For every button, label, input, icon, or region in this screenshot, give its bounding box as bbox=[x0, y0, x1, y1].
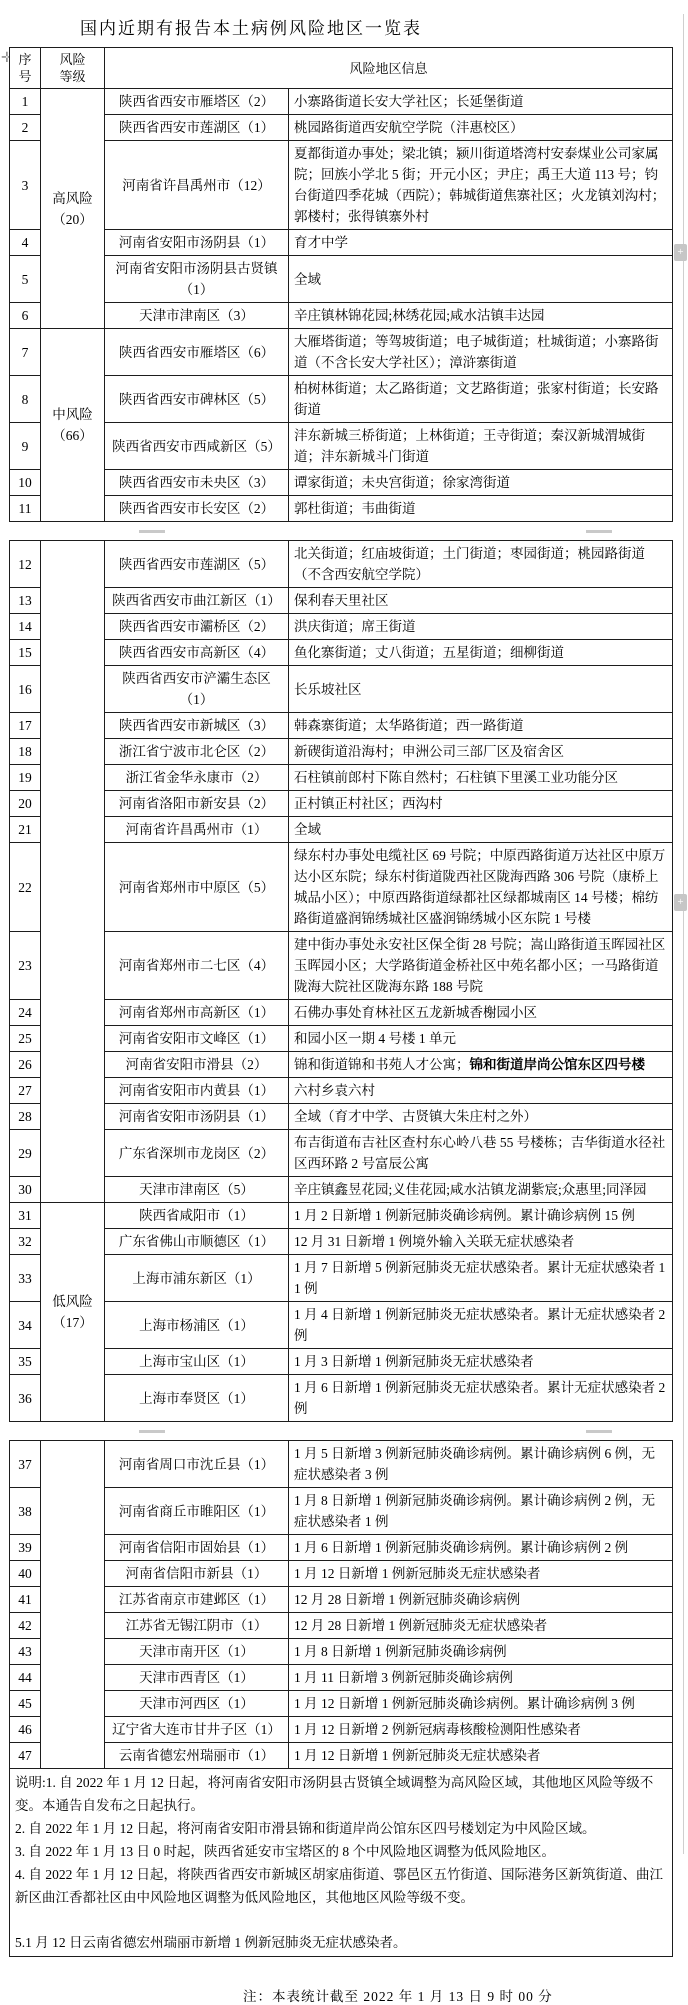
info-cell: 谭家街道；未央宫街道；徐家湾街道 bbox=[289, 470, 673, 496]
note-line: 3. 自 2022 年 1 月 13 日 0 时起，陕西省延安市宝塔区的 8 个… bbox=[15, 1840, 667, 1863]
row-number-cell: 32 bbox=[10, 1229, 41, 1255]
table-row: 35上海市宝山区（1）1 月 3 日新增 1 例新冠肺炎无症状感染者 bbox=[10, 1349, 673, 1375]
col-header-no: 序 号 bbox=[10, 48, 41, 89]
region-cell: 广东省佛山市顺德区（1） bbox=[105, 1229, 289, 1255]
table-row: 45天津市河西区（1）1 月 12 日新增 1 例新冠肺炎确诊病例。累计确诊病例… bbox=[10, 1691, 673, 1717]
table-row: 31低风险 （17）陕西省咸阳市（1）1 月 2 日新增 1 例新冠肺炎确诊病例… bbox=[10, 1203, 673, 1229]
row-number-cell: 26 bbox=[10, 1052, 41, 1078]
row-number-cell: 20 bbox=[10, 791, 41, 817]
region-cell: 天津市津南区（5） bbox=[105, 1177, 289, 1203]
table-row: 26河南省安阳市滑县（2）锦和街道锦和书苑人才公寓；锦和街道岸尚公馆东区四号楼 bbox=[10, 1052, 673, 1078]
table-row: 8陕西省西安市碑林区（5）柏树林街道；太乙路街道；文艺路街道；张家村街道；长安路… bbox=[10, 376, 673, 423]
page-break-gap bbox=[9, 1422, 672, 1440]
row-number-cell: 24 bbox=[10, 1000, 41, 1026]
region-cell: 天津市南开区（1） bbox=[105, 1639, 289, 1665]
row-number-cell: 36 bbox=[10, 1375, 41, 1422]
page-break-gap bbox=[9, 522, 672, 540]
row-number-cell: 27 bbox=[10, 1078, 41, 1104]
info-cell: 韩森寨街道；太华路街道；西一路街道 bbox=[289, 713, 673, 739]
info-cell: 辛庄镇林锦花园;林绣花园;咸水沽镇丰达园 bbox=[289, 303, 673, 329]
table-row: 10陕西省西安市未央区（3）谭家街道；未央宫街道；徐家湾街道 bbox=[10, 470, 673, 496]
table-row: 25河南省安阳市文峰区（1）和园小区一期 4 号楼 1 单元 bbox=[10, 1026, 673, 1052]
page-title: 国内近期有报告本土病例风险地区一览表 bbox=[80, 14, 688, 39]
row-number-cell: 17 bbox=[10, 713, 41, 739]
info-cell: 夏都街道办事处；梁北镇；颍川街道塔湾村安泰煤业公司家属院；回族小学北 5 街；开… bbox=[289, 141, 673, 230]
table-row: 27河南省安阳市内黄县（1）六村乡袁六村 bbox=[10, 1078, 673, 1104]
row-number-cell: 14 bbox=[10, 614, 41, 640]
row-number-cell: 30 bbox=[10, 1177, 41, 1203]
region-cell: 陕西省咸阳市（1） bbox=[105, 1203, 289, 1229]
risk-level-cell bbox=[41, 1441, 105, 1769]
row-number-cell: 22 bbox=[10, 843, 41, 932]
region-cell: 河南省安阳市文峰区（1） bbox=[105, 1026, 289, 1052]
region-cell: 上海市浦东新区（1） bbox=[105, 1255, 289, 1302]
region-cell: 陕西省西安市碑林区（5） bbox=[105, 376, 289, 423]
table-row: 32广东省佛山市顺德区（1）12 月 31 日新增 1 例境外输入关联无症状感染… bbox=[10, 1229, 673, 1255]
row-number-cell: 5 bbox=[10, 256, 41, 303]
row-number-cell: 3 bbox=[10, 141, 41, 230]
region-cell: 河南省信阳市固始县（1） bbox=[105, 1535, 289, 1561]
table-row: 41江苏省南京市建邺区（1）12 月 28 日新增 1 例新冠肺炎确诊病例 bbox=[10, 1587, 673, 1613]
info-cell: 保利春天里社区 bbox=[289, 588, 673, 614]
info-cell: 全域 bbox=[289, 256, 673, 303]
info-cell: 布吉街道布吉社区查村东心岭八巷 55 号楼栋；吉华街道水径社区西环路 2 号富辰… bbox=[289, 1130, 673, 1177]
row-number-cell: 38 bbox=[10, 1488, 41, 1535]
risk-table-part-2: 12陕西省西安市莲湖区（5）北关街道；红庙坡街道；土门街道；枣园街道；桃园路街道… bbox=[9, 540, 673, 1422]
region-cell: 河南省洛阳市新安县（2） bbox=[105, 791, 289, 817]
table-row: 7中风险 （66）陕西省西安市雁塔区（6）大雁塔街道；等驾坡街道；电子城街道；杜… bbox=[10, 329, 673, 376]
row-number-cell: 10 bbox=[10, 470, 41, 496]
table-row: 44天津市西青区（1）1 月 11 日新增 3 例新冠肺炎确诊病例 bbox=[10, 1665, 673, 1691]
row-number-cell: 23 bbox=[10, 932, 41, 1000]
region-cell: 辽宁省大连市甘井子区（1） bbox=[105, 1717, 289, 1743]
info-cell: 1 月 6 日新增 1 例新冠肺炎无症状感染者。累计无症状感染者 2 例 bbox=[289, 1375, 673, 1422]
table-row: 43天津市南开区（1）1 月 8 日新增 1 例新冠肺炎确诊病例 bbox=[10, 1639, 673, 1665]
info-cell: 全域（育才中学、古贤镇大朱庄村之外） bbox=[289, 1104, 673, 1130]
info-cell: 1 月 12 日新增 1 例新冠肺炎确诊病例。累计确诊病例 3 例 bbox=[289, 1691, 673, 1717]
footer-note: 注：本表统计截至 2022 年 1 月 13 日 9 时 00 分 bbox=[243, 1985, 688, 2005]
info-cell: 石柱镇前郎村下陈自然村；石柱镇下里溪工业功能分区 bbox=[289, 765, 673, 791]
row-number-cell: 40 bbox=[10, 1561, 41, 1587]
table-row: 47云南省德宏州瑞丽市（1）1 月 12 日新增 1 例新冠肺炎无症状感染者 bbox=[10, 1743, 673, 1769]
info-cell: 绿东村办事处电缆社区 69 号院；中原西路街道万达社区中原万达小区东院；绿东村街… bbox=[289, 843, 673, 932]
table-row: 46辽宁省大连市甘井子区（1）1 月 12 日新增 2 例新冠病毒核酸检测阳性感… bbox=[10, 1717, 673, 1743]
note-line: 5.1 月 12 日云南省德宏州瑞丽市新增 1 例新冠肺炎无症状感染者。 bbox=[15, 1931, 667, 1954]
table-row: 29广东省深圳市龙岗区（2）布吉街道布吉社区查村东心岭八巷 55 号楼栋；吉华街… bbox=[10, 1130, 673, 1177]
region-cell: 陕西省西安市莲湖区（5） bbox=[105, 541, 289, 588]
row-number-cell: 19 bbox=[10, 765, 41, 791]
note-line: 说明:1. 自 2022 年 1 月 12 日起，将河南省安阳市汤阴县古贤镇全域… bbox=[15, 1771, 667, 1817]
row-number-cell: 16 bbox=[10, 666, 41, 713]
region-cell: 上海市奉贤区（1） bbox=[105, 1375, 289, 1422]
table-row: 20河南省洛阳市新安县（2）正村镇正村社区；西沟村 bbox=[10, 791, 673, 817]
table-row: 42江苏省无锡江阴市（1）12 月 28 日新增 1 例新冠肺炎无症状感染者 bbox=[10, 1613, 673, 1639]
info-cell: 锦和街道锦和书苑人才公寓；锦和街道岸尚公馆东区四号楼 bbox=[289, 1052, 673, 1078]
region-cell: 陕西省西安市浐灞生态区（1） bbox=[105, 666, 289, 713]
region-cell: 天津市西青区（1） bbox=[105, 1665, 289, 1691]
row-number-cell: 47 bbox=[10, 1743, 41, 1769]
info-bold-part: 锦和街道岸尚公馆东区四号楼 bbox=[470, 1057, 646, 1072]
row-number-cell: 33 bbox=[10, 1255, 41, 1302]
table-row: 5河南省安阳市汤阴县古贤镇（1）全域 bbox=[10, 256, 673, 303]
info-cell: 新碶街道沿海村；申洲公司三部厂区及宿舍区 bbox=[289, 739, 673, 765]
col-header-level: 风险 等级 bbox=[41, 48, 105, 89]
info-cell: 建中街办事处永安社区保全街 28 号院；嵩山路街道玉晖园社区玉晖园小区；大学路街… bbox=[289, 932, 673, 1000]
region-cell: 陕西省西安市雁塔区（2） bbox=[105, 89, 289, 115]
region-cell: 河南省安阳市滑县（2） bbox=[105, 1052, 289, 1078]
table-row: 3河南省许昌禹州市（12）夏都街道办事处；梁北镇；颍川街道塔湾村安泰煤业公司家属… bbox=[10, 141, 673, 230]
region-cell: 上海市杨浦区（1） bbox=[105, 1302, 289, 1349]
info-cell: 12 月 31 日新增 1 例境外输入关联无症状感染者 bbox=[289, 1229, 673, 1255]
info-cell: 1 月 3 日新增 1 例新冠肺炎无症状感染者 bbox=[289, 1349, 673, 1375]
info-cell: 北关街道；红庙坡街道；土门街道；枣园街道；桃园路街道（不含西安航空学院） bbox=[289, 541, 673, 588]
row-number-cell: 37 bbox=[10, 1441, 41, 1488]
table-row: 21河南省许昌禹州市（1）全域 bbox=[10, 817, 673, 843]
table-row: 38河南省商丘市睢阳区（1）1 月 8 日新增 1 例新冠肺炎确诊病例。累计确诊… bbox=[10, 1488, 673, 1535]
table-row: 37河南省周口市沈丘县（1）1 月 5 日新增 3 例新冠肺炎确诊病例。累计确诊… bbox=[10, 1441, 673, 1488]
row-number-cell: 15 bbox=[10, 640, 41, 666]
col-header-info: 风险地区信息 bbox=[105, 48, 673, 89]
region-cell: 江苏省无锡江阴市（1） bbox=[105, 1613, 289, 1639]
info-cell: 1 月 8 日新增 1 例新冠肺炎确诊病例。累计确诊病例 2 例，无症状感染者 … bbox=[289, 1488, 673, 1535]
row-number-cell: 43 bbox=[10, 1639, 41, 1665]
risk-table-part-3: 37河南省周口市沈丘县（1）1 月 5 日新增 3 例新冠肺炎确诊病例。累计确诊… bbox=[9, 1440, 673, 1957]
info-cell: 沣东新城三桥街道；上林街道；王寺街道；秦汉新城渭城街道；沣东新城斗门街道 bbox=[289, 423, 673, 470]
info-cell: 长乐坡社区 bbox=[289, 666, 673, 713]
table-row: 16陕西省西安市浐灞生态区（1）长乐坡社区 bbox=[10, 666, 673, 713]
risk-level-cell bbox=[41, 541, 105, 1203]
region-cell: 陕西省西安市西咸新区（5） bbox=[105, 423, 289, 470]
region-cell: 陕西省西安市未央区（3） bbox=[105, 470, 289, 496]
table-row: 18浙江省宁波市北仑区（2）新碶街道沿海村；申洲公司三部厂区及宿舍区 bbox=[10, 739, 673, 765]
row-number-cell: 46 bbox=[10, 1717, 41, 1743]
region-cell: 陕西省西安市新城区（3） bbox=[105, 713, 289, 739]
row-number-cell: 9 bbox=[10, 423, 41, 470]
info-cell: 1 月 7 日新增 5 例新冠肺炎无症状感染者。累计无症状感染者 11 例 bbox=[289, 1255, 673, 1302]
info-cell: 1 月 4 日新增 1 例新冠肺炎无症状感染者。累计无症状感染者 2 例 bbox=[289, 1302, 673, 1349]
region-cell: 河南省商丘市睢阳区（1） bbox=[105, 1488, 289, 1535]
row-number-cell: 34 bbox=[10, 1302, 41, 1349]
row-number-cell: 45 bbox=[10, 1691, 41, 1717]
region-cell: 河南省安阳市汤阴县（1） bbox=[105, 1104, 289, 1130]
region-cell: 陕西省西安市灞桥区（2） bbox=[105, 614, 289, 640]
info-cell: 洪庆街道；席王街道 bbox=[289, 614, 673, 640]
row-number-cell: 7 bbox=[10, 329, 41, 376]
table-row: 24河南省郑州市高新区（1）石佛办事处育林社区五龙新城香榭园小区 bbox=[10, 1000, 673, 1026]
info-cell: 辛庄镇鑫昱花园;义佳花园;咸水沽镇龙湖紫宸;众惠里;同泽园 bbox=[289, 1177, 673, 1203]
region-cell: 天津市河西区（1） bbox=[105, 1691, 289, 1717]
row-number-cell: 18 bbox=[10, 739, 41, 765]
row-number-cell: 31 bbox=[10, 1203, 41, 1229]
row-number-cell: 2 bbox=[10, 115, 41, 141]
region-cell: 陕西省西安市莲湖区（1） bbox=[105, 115, 289, 141]
row-number-cell: 4 bbox=[10, 230, 41, 256]
info-cell: 小寨路街道长安大学社区；长延堡街道 bbox=[289, 89, 673, 115]
info-cell: 1 月 5 日新增 3 例新冠肺炎确诊病例。累计确诊病例 6 例，无症状感染者 … bbox=[289, 1441, 673, 1488]
region-cell: 江苏省南京市建邺区（1） bbox=[105, 1587, 289, 1613]
table-row: 9陕西省西安市西咸新区（5）沣东新城三桥街道；上林街道；王寺街道；秦汉新城渭城街… bbox=[10, 423, 673, 470]
row-number-cell: 42 bbox=[10, 1613, 41, 1639]
table-header-row: 序 号风险 等级风险地区信息 bbox=[10, 48, 673, 89]
notes-row: 说明:1. 自 2022 年 1 月 12 日起，将河南省安阳市汤阴县古贤镇全域… bbox=[10, 1769, 673, 1957]
info-cell: 正村镇正村社区；西沟村 bbox=[289, 791, 673, 817]
region-cell: 河南省郑州市中原区（5） bbox=[105, 843, 289, 932]
region-cell: 河南省许昌禹州市（1） bbox=[105, 817, 289, 843]
info-cell: 1 月 12 日新增 1 例新冠肺炎无症状感染者 bbox=[289, 1743, 673, 1769]
table-row: 1高风险 （20）陕西省西安市雁塔区（2）小寨路街道长安大学社区；长延堡街道 bbox=[10, 89, 673, 115]
info-cell: 和园小区一期 4 号楼 1 单元 bbox=[289, 1026, 673, 1052]
risk-area-table: 序 号风险 等级风险地区信息1高风险 （20）陕西省西安市雁塔区（2）小寨路街道… bbox=[0, 47, 688, 1957]
region-cell: 天津市津南区（3） bbox=[105, 303, 289, 329]
info-cell: 12 月 28 日新增 1 例新冠肺炎确诊病例 bbox=[289, 1587, 673, 1613]
row-number-cell: 13 bbox=[10, 588, 41, 614]
region-cell: 河南省信阳市新县（1） bbox=[105, 1561, 289, 1587]
info-cell: 六村乡袁六村 bbox=[289, 1078, 673, 1104]
region-cell: 广东省深圳市龙岗区（2） bbox=[105, 1130, 289, 1177]
row-number-cell: 35 bbox=[10, 1349, 41, 1375]
note-line: 2. 自 2022 年 1 月 12 日起，将河南省安阳市滑县锦和街道岸尚公馆东… bbox=[15, 1817, 667, 1840]
table-row: 14陕西省西安市灞桥区（2）洪庆街道；席王街道 bbox=[10, 614, 673, 640]
region-cell: 上海市宝山区（1） bbox=[105, 1349, 289, 1375]
table-row: 40河南省信阳市新县（1）1 月 12 日新增 1 例新冠肺炎无症状感染者 bbox=[10, 1561, 673, 1587]
table-row: 33上海市浦东新区（1）1 月 7 日新增 5 例新冠肺炎无症状感染者。累计无症… bbox=[10, 1255, 673, 1302]
region-cell: 河南省周口市沈丘县（1） bbox=[105, 1441, 289, 1488]
info-cell: 12 月 28 日新增 1 例新冠肺炎无症状感染者 bbox=[289, 1613, 673, 1639]
info-cell: 1 月 12 日新增 2 例新冠病毒核酸检测阳性感染者 bbox=[289, 1717, 673, 1743]
table-row: 4河南省安阳市汤阴县（1）育才中学 bbox=[10, 230, 673, 256]
note-line: 4. 自 2022 年 1 月 12 日起，将陕西省西安市新城区胡家庙街道、鄠邑… bbox=[15, 1863, 667, 1909]
risk-level-cell: 低风险 （17） bbox=[41, 1203, 105, 1422]
table-row: 22河南省郑州市中原区（5）绿东村办事处电缆社区 69 号院；中原西路街道万达社… bbox=[10, 843, 673, 932]
region-cell: 浙江省金华永康市（2） bbox=[105, 765, 289, 791]
info-cell: 全域 bbox=[289, 817, 673, 843]
row-number-cell: 1 bbox=[10, 89, 41, 115]
info-cell: 1 月 12 日新增 1 例新冠肺炎无症状感染者 bbox=[289, 1561, 673, 1587]
info-cell: 1 月 2 日新增 1 例新冠肺炎确诊病例。累计确诊病例 15 例 bbox=[289, 1203, 673, 1229]
row-number-cell: 8 bbox=[10, 376, 41, 423]
risk-table-part-1: 序 号风险 等级风险地区信息1高风险 （20）陕西省西安市雁塔区（2）小寨路街道… bbox=[9, 47, 673, 522]
row-number-cell: 44 bbox=[10, 1665, 41, 1691]
info-cell: 大雁塔街道；等驾坡街道；电子城街道；杜城街道；小寨路街道（不含长安大学社区）；漳… bbox=[289, 329, 673, 376]
table-row: 15陕西省西安市高新区（4）鱼化寨街道；丈八街道；五星街道；细柳街道 bbox=[10, 640, 673, 666]
info-cell: 1 月 8 日新增 1 例新冠肺炎确诊病例 bbox=[289, 1639, 673, 1665]
row-number-cell: 11 bbox=[10, 496, 41, 522]
row-number-cell: 21 bbox=[10, 817, 41, 843]
table-row: 36上海市奉贤区（1）1 月 6 日新增 1 例新冠肺炎无症状感染者。累计无症状… bbox=[10, 1375, 673, 1422]
table-row: 2陕西省西安市莲湖区（1）桃园路街道西安航空学院（沣惠校区） bbox=[10, 115, 673, 141]
row-number-cell: 12 bbox=[10, 541, 41, 588]
row-number-cell: 39 bbox=[10, 1535, 41, 1561]
info-cell: 桃园路街道西安航空学院（沣惠校区） bbox=[289, 115, 673, 141]
region-cell: 河南省安阳市汤阴县（1） bbox=[105, 230, 289, 256]
region-cell: 河南省郑州市高新区（1） bbox=[105, 1000, 289, 1026]
table-row: 12陕西省西安市莲湖区（5）北关街道；红庙坡街道；土门街道；枣园街道；桃园路街道… bbox=[10, 541, 673, 588]
table-row: 34上海市杨浦区（1）1 月 4 日新增 1 例新冠肺炎无症状感染者。累计无症状… bbox=[10, 1302, 673, 1349]
info-cell: 1 月 11 日新增 3 例新冠肺炎确诊病例 bbox=[289, 1665, 673, 1691]
table-row: 30天津市津南区（5）辛庄镇鑫昱花园;义佳花园;咸水沽镇龙湖紫宸;众惠里;同泽园 bbox=[10, 1177, 673, 1203]
region-cell: 河南省许昌禹州市（12） bbox=[105, 141, 289, 230]
region-cell: 陕西省西安市雁塔区（6） bbox=[105, 329, 289, 376]
info-cell: 鱼化寨街道；丈八街道；五星街道；细柳街道 bbox=[289, 640, 673, 666]
info-cell: 柏树林街道；太乙路街道；文艺路街道；张家村街道；长安路街道 bbox=[289, 376, 673, 423]
row-number-cell: 6 bbox=[10, 303, 41, 329]
table-row: 19浙江省金华永康市（2）石柱镇前郎村下陈自然村；石柱镇下里溪工业功能分区 bbox=[10, 765, 673, 791]
table-row: 13陕西省西安市曲江新区（1）保利春天里社区 bbox=[10, 588, 673, 614]
table-row: 11陕西省西安市长安区（2）郭杜街道；韦曲街道 bbox=[10, 496, 673, 522]
region-cell: 浙江省宁波市北仑区（2） bbox=[105, 739, 289, 765]
row-number-cell: 25 bbox=[10, 1026, 41, 1052]
region-cell: 陕西省西安市长安区（2） bbox=[105, 496, 289, 522]
region-cell: 云南省德宏州瑞丽市（1） bbox=[105, 1743, 289, 1769]
row-number-cell: 41 bbox=[10, 1587, 41, 1613]
table-row: 6天津市津南区（3）辛庄镇林锦花园;林绣花园;咸水沽镇丰达园 bbox=[10, 303, 673, 329]
table-row: 23河南省郑州市二七区（4）建中街办事处永安社区保全街 28 号院；嵩山路街道玉… bbox=[10, 932, 673, 1000]
info-cell: 石佛办事处育林社区五龙新城香榭园小区 bbox=[289, 1000, 673, 1026]
risk-level-cell: 高风险 （20） bbox=[41, 89, 105, 329]
table-row: 17陕西省西安市新城区（3）韩森寨街道；太华路街道；西一路街道 bbox=[10, 713, 673, 739]
table-row: 28河南省安阳市汤阴县（1）全域（育才中学、古贤镇大朱庄村之外） bbox=[10, 1104, 673, 1130]
table-row: 39河南省信阳市固始县（1）1 月 6 日新增 1 例新冠肺炎确诊病例。累计确诊… bbox=[10, 1535, 673, 1561]
notes-cell: 说明:1. 自 2022 年 1 月 12 日起，将河南省安阳市汤阴县古贤镇全域… bbox=[10, 1769, 673, 1957]
info-cell: 育才中学 bbox=[289, 230, 673, 256]
row-number-cell: 28 bbox=[10, 1104, 41, 1130]
region-cell: 河南省安阳市内黄县（1） bbox=[105, 1078, 289, 1104]
row-number-cell: 29 bbox=[10, 1130, 41, 1177]
info-cell: 郭杜街道；韦曲街道 bbox=[289, 496, 673, 522]
info-cell: 1 月 6 日新增 1 例新冠肺炎确诊病例。累计确诊病例 2 例 bbox=[289, 1535, 673, 1561]
risk-level-cell: 中风险 （66） bbox=[41, 329, 105, 522]
region-cell: 陕西省西安市曲江新区（1） bbox=[105, 588, 289, 614]
region-cell: 河南省郑州市二七区（4） bbox=[105, 932, 289, 1000]
region-cell: 河南省安阳市汤阴县古贤镇（1） bbox=[105, 256, 289, 303]
region-cell: 陕西省西安市高新区（4） bbox=[105, 640, 289, 666]
